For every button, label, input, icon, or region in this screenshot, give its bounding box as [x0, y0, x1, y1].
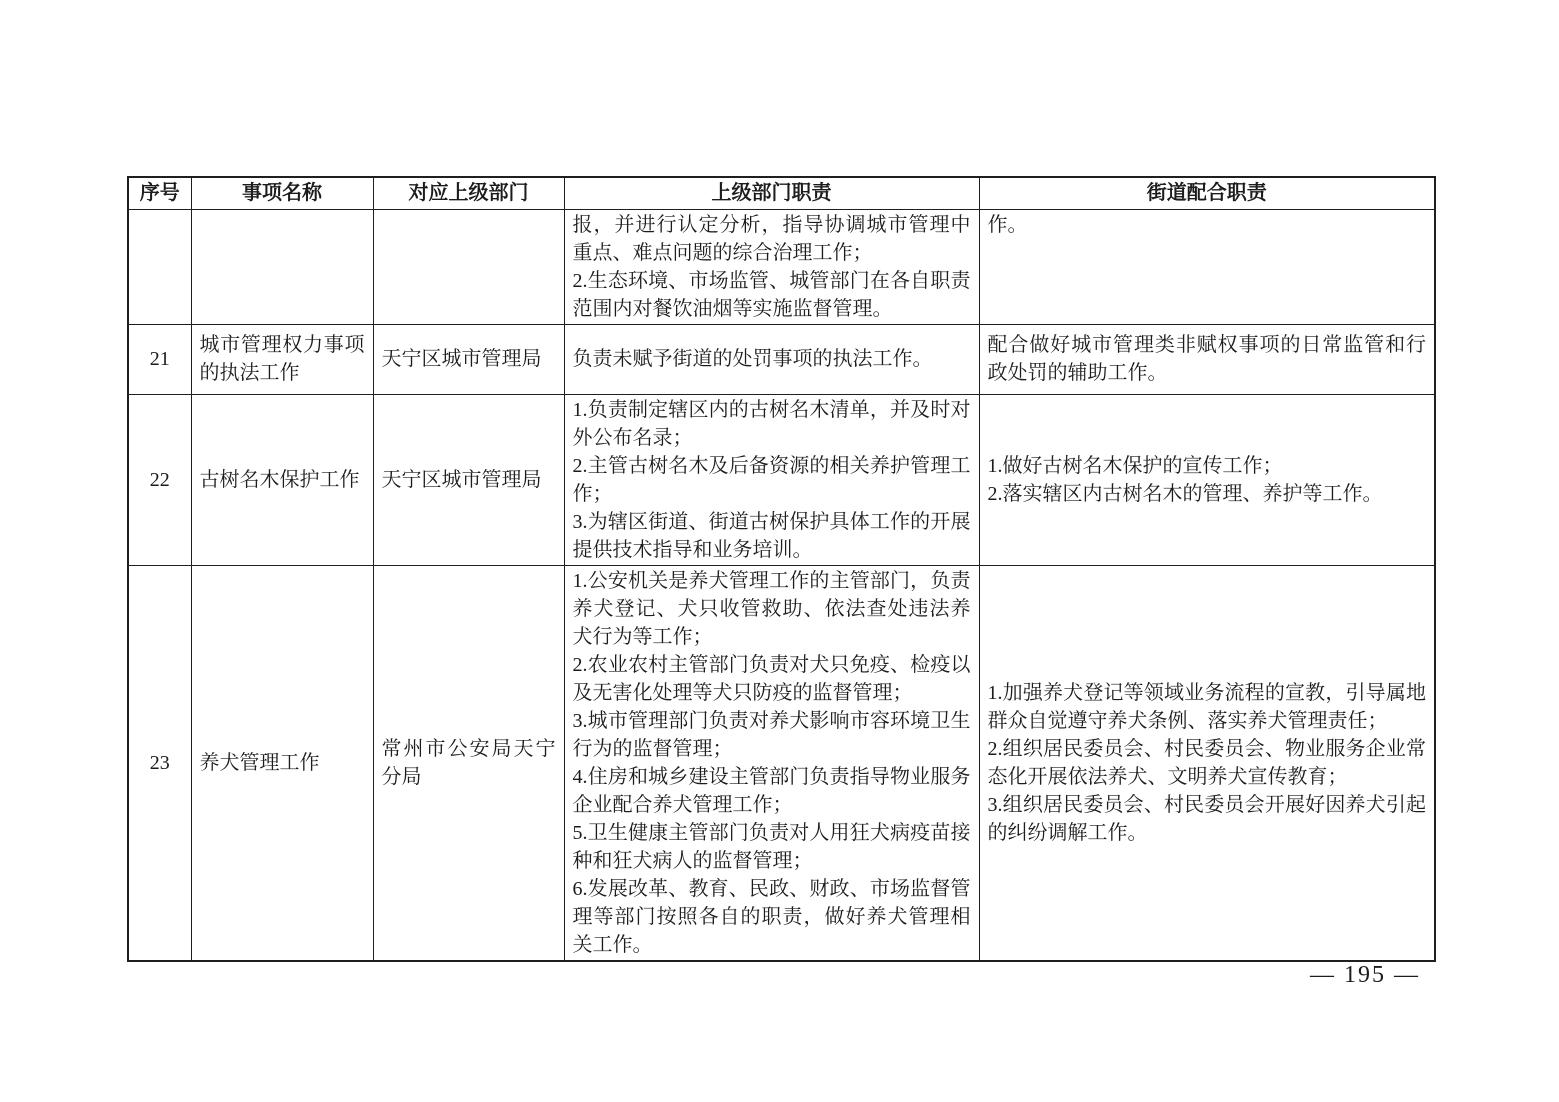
cell-seq: 21 — [128, 324, 191, 394]
col-header-street-duties: 街道配合职责 — [979, 177, 1435, 209]
cell-seq — [128, 209, 191, 324]
cell-item-name: 城市管理权力事项的执法工作 — [191, 324, 373, 394]
col-header-superior-dept: 对应上级部门 — [373, 177, 564, 209]
col-header-seq: 序号 — [128, 177, 191, 209]
table-row-23: 23 养犬管理工作 常州市公安局天宁分局 1.公安机关是养犬管理工作的主管部门，… — [128, 565, 1435, 961]
cell-seq: 22 — [128, 394, 191, 565]
document-page: 序号 事项名称 对应上级部门 上级部门职责 街道配合职责 报，并进行认定分析，指… — [0, 0, 1559, 1102]
cell-item-name: 养犬管理工作 — [191, 565, 373, 961]
table-row-21: 21 城市管理权力事项的执法工作 天宁区城市管理局 负责未赋予街道的处罚事项的执… — [128, 324, 1435, 394]
table-row-22: 22 古树名木保护工作 天宁区城市管理局 1.负责制定辖区内的古树名木清单，并及… — [128, 394, 1435, 565]
cell-street-duties: 1.加强养犬登记等领域业务流程的宣教，引导属地群众自觉遵守养犬条例、落实养犬管理… — [979, 565, 1435, 961]
cell-superior-dept: 天宁区城市管理局 — [373, 324, 564, 394]
col-header-superior-duties: 上级部门职责 — [564, 177, 979, 209]
table-header-row: 序号 事项名称 对应上级部门 上级部门职责 街道配合职责 — [128, 177, 1435, 209]
cell-seq: 23 — [128, 565, 191, 961]
cell-item-name — [191, 209, 373, 324]
cell-superior-dept — [373, 209, 564, 324]
cell-superior-dept: 天宁区城市管理局 — [373, 394, 564, 565]
page-number: — 195 — — [1310, 962, 1420, 989]
cell-superior-duties: 负责未赋予街道的处罚事项的执法工作。 — [564, 324, 979, 394]
cell-superior-duties: 1.公安机关是养犬管理工作的主管部门，负责养犬登记、犬只收管救助、依法查处违法养… — [564, 565, 979, 961]
cell-street-duties: 作。 — [979, 209, 1435, 324]
responsibilities-table: 序号 事项名称 对应上级部门 上级部门职责 街道配合职责 报，并进行认定分析，指… — [127, 176, 1436, 962]
cell-superior-duties: 1.负责制定辖区内的古树名木清单，并及时对外公布名录； 2.主管古树名木及后备资… — [564, 394, 979, 565]
cell-item-name: 古树名木保护工作 — [191, 394, 373, 565]
col-header-item-name: 事项名称 — [191, 177, 373, 209]
cell-superior-dept: 常州市公安局天宁分局 — [373, 565, 564, 961]
cell-street-duties: 配合做好城市管理类非赋权事项的日常监管和行政处罚的辅助工作。 — [979, 324, 1435, 394]
cell-street-duties: 1.做好古树名木保护的宣传工作； 2.落实辖区内古树名木的管理、养护等工作。 — [979, 394, 1435, 565]
table-row-continuation: 报，并进行认定分析，指导协调城市管理中重点、难点问题的综合治理工作； 2.生态环… — [128, 209, 1435, 324]
cell-superior-duties: 报，并进行认定分析，指导协调城市管理中重点、难点问题的综合治理工作； 2.生态环… — [564, 209, 979, 324]
